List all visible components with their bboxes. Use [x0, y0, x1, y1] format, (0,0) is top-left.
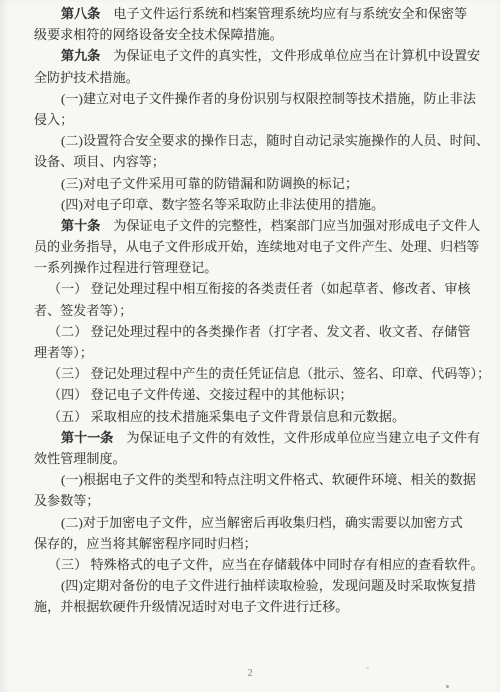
document-line: 施，并根据软硬件升级情况适时对电子文件进行迁移。: [34, 596, 474, 617]
document-line: 及参数等；: [34, 490, 474, 511]
scanned-document-page: 第八条 电子文件运行系统和档案管理系统均应有与系统安全和保密等 级要求相符的网络…: [0, 0, 500, 692]
document-line: 员的业务指导，从电子文件形成开始，连续地对电子文件产生、处理、归档等: [34, 236, 474, 257]
article-9-number: 第九条: [61, 48, 100, 63]
article-9-heading-line: 第九条 为保证电子文件的真实性，文件形成单位应当在计算机中设置安: [34, 45, 474, 66]
clause-item-line: （三） 特殊格式的电子文件，应当在存储载体中同时存有相应的查看软件。: [34, 554, 474, 575]
clause-item-line: (一)建立对电子文件操作者的身份识别与权限控制等技术措施，防止非法: [34, 88, 474, 109]
clause-item-line: （五） 采取相应的技术措施采集电子文件背景信息和元数据。: [34, 406, 474, 427]
article-10-number: 第十条: [61, 218, 100, 233]
document-line: 设备、项目、内容等；: [34, 151, 474, 172]
clause-item-line: （二） 登记处理过程中的各类操作者（打字者、发文者、收文者、存储管: [34, 321, 474, 342]
clause-item-line: (四)对电子印章、数字签名等采取防止非法使用的措施。: [34, 194, 474, 215]
document-line: 效性管理制度。: [34, 448, 474, 469]
article-10-text: 为保证电子文件的完整性，档案部门应当加强对形成电子文件人: [100, 218, 480, 233]
article-8-heading-line: 第八条 电子文件运行系统和档案管理系统均应有与系统安全和保密等: [34, 3, 474, 24]
document-line: 保存的，应当将其解密程序同时归档；: [34, 533, 474, 554]
document-line: 者、签发者等）；: [34, 300, 474, 321]
clause-item-line: （一） 登记处理过程中相互衔接的各类责任者（如起草者、修改者、审核: [34, 278, 474, 299]
document-line: 侵入；: [34, 109, 474, 130]
article-11-heading-line: 第十一条 为保证电子文件的有效性，文件形成单位应当建立电子文件有: [34, 427, 474, 448]
document-line: 全防护技术措施。: [34, 67, 474, 88]
article-8-number: 第八条: [61, 6, 100, 21]
scan-speck: [446, 685, 449, 688]
clause-item-line: (一)根据电子文件的类型和特点注明文件格式、软硬件环境、相关的数据: [34, 469, 474, 490]
article-9-text: 为保证电子文件的真实性，文件形成单位应当在计算机中设置安: [100, 48, 480, 63]
page-number: 2: [0, 668, 500, 679]
clause-item-line: (三)对电子文件采用可靠的防错漏和防调换的标记；: [34, 173, 474, 194]
clause-item-line: （三） 登记处理过程中产生的责任凭证信息（批示、签名、印章、代码等）；: [34, 363, 474, 384]
document-line: 理者等）；: [34, 342, 474, 363]
document-line: 一系列操作过程进行管理登记。: [34, 257, 474, 278]
article-11-text: 为保证电子文件的有效性，文件形成单位应当建立电子文件有: [113, 430, 480, 445]
clause-item-line: (四)定期对备份的电子文件进行抽样读取检验，发现问题及时采取恢复措: [34, 575, 474, 596]
clause-item-line: (二)设置符合安全要求的操作日志，随时自动记录实施操作的人员、时间、: [34, 130, 474, 151]
article-8-text: 电子文件运行系统和档案管理系统均应有与系统安全和保密等: [100, 6, 467, 21]
clause-item-line: （四） 登记电子文件传递、交接过程中的其他标识；: [34, 384, 474, 405]
article-11-number: 第十一条: [61, 430, 113, 445]
clause-item-line: (二)对于加密电子文件，应当解密后再收集归档，确实需要以加密方式: [34, 512, 474, 533]
article-10-heading-line: 第十条 为保证电子文件的完整性，档案部门应当加强对形成电子文件人: [34, 215, 474, 236]
document-line: 级要求相符的网络设备安全技术保障措施。: [34, 24, 474, 45]
document-body: 第八条 电子文件运行系统和档案管理系统均应有与系统安全和保密等 级要求相符的网络…: [34, 3, 474, 617]
